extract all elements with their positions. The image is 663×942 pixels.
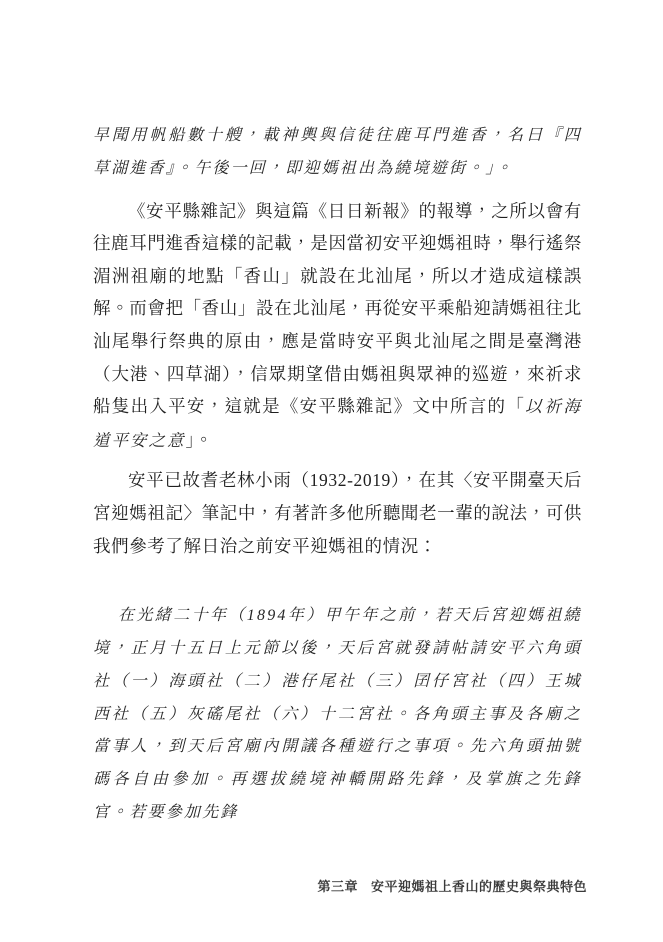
chapter-footer: 第三章安平迎媽祖上香山的歷史與祭典特色 — [317, 876, 587, 895]
chapter-title: 安平迎媽祖上香山的歷史與祭典特色 — [371, 879, 587, 894]
quote-continuation-text: 早聞用帆船數十艘，載神輿與信徒往鹿耳門進香，名曰『四草湖進香』。午後一回，即迎媽… — [93, 120, 582, 186]
paragraph-analysis: 《安平縣雜記》與這篇《日日新報》的報導，之所以會有往鹿耳門進香這樣的記載，是因當… — [93, 195, 582, 458]
paragraph-analysis-closing: 」。 — [186, 430, 213, 450]
paragraph-intro-linxiaoyu: 安平已故耆老林小雨（1932-2019），在其〈安平開臺天后宮迎媽祖記〉筆記中，… — [93, 464, 582, 562]
paragraph-analysis-text: 《安平縣雜記》與這篇《日日新報》的報導，之所以會有往鹿耳門進香這樣的記載，是因當… — [93, 201, 582, 417]
book-page: 早聞用帆船數十艘，載神輿與信徒往鹿耳門進香，名曰『四草湖進香』。午後一回，即迎媽… — [0, 0, 663, 942]
block-quote-text: 在光緒二十年（1894年）甲午年之前，若天后宮迎媽祖繞境，正月十五日上元節以後，… — [93, 600, 582, 830]
chapter-number: 第三章 — [317, 879, 358, 894]
page-content: 早聞用帆船數十艘，載神輿與信徒往鹿耳門進香，名曰『四草湖進香』。午後一回，即迎媽… — [93, 120, 582, 830]
